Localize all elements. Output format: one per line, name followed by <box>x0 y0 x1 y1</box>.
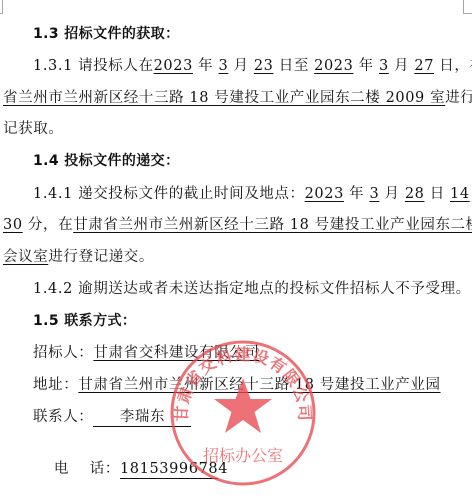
text: 日 <box>430 186 445 202</box>
deadline-minute: 30 <box>3 217 23 233</box>
phone-value: 18153996784 <box>120 459 218 479</box>
text: 1.3.1 请投标人在 <box>33 58 154 74</box>
crop-mark-top-left-v <box>2 0 3 14</box>
text: 月 <box>234 58 249 74</box>
section-1-3-heading: 1.3 招标文件的获取： <box>33 24 179 44</box>
deadline-day: 28 <box>405 186 425 202</box>
section-1-4-heading: 1.4 投标文件的递交： <box>33 151 179 171</box>
crop-mark-top-right-h <box>463 13 472 14</box>
start-month: 3 <box>218 58 228 74</box>
section-1-5-heading: 1.5 联系方式： <box>33 311 136 331</box>
text: 月 <box>394 58 409 74</box>
text: 日，在 <box>439 58 472 74</box>
end-month: 3 <box>379 58 389 74</box>
para-1-4-1-line-3: 会议室进行登记递交。 <box>3 247 154 267</box>
para-1-4-2: 1.4.2 逾期送达或者未送达指定地点的投标文件招标人不予受理。 <box>33 279 471 299</box>
start-day: 23 <box>254 58 274 74</box>
contact-value: 李瑞东 <box>93 407 191 427</box>
text: 日至 <box>279 58 309 74</box>
crop-mark-top-right-v <box>463 0 464 14</box>
para-1-3-1-line-2: 省兰州市兰州新区经十三路 18 号建投工业产业园东二楼 2009 室进行登 <box>3 88 472 108</box>
para-1-4-1-line-2: 30 分，在甘肃省兰州市兰州新区经十三路 18 号建投工业产业园东二楼 <box>3 215 472 235</box>
text: 分，在 <box>28 217 73 233</box>
text: 月 <box>385 186 400 202</box>
address-value: 甘肃省兰州市兰州新区经十三路 18 号建投工业产业园 <box>78 377 440 393</box>
contact-label: 联系人： <box>33 409 93 425</box>
deadline-year: 2023 <box>305 186 344 202</box>
location-part-2: 省兰州市兰州新区经十三路 18 号建投工业产业园东二楼 2009 室 <box>3 90 445 106</box>
text: 进行登记递交。 <box>48 249 154 265</box>
start-year: 2023 <box>154 58 193 74</box>
address-row: 地址：甘肃省兰州市兰州新区经十三路 18 号建投工业产业园 <box>33 375 441 395</box>
end-day: 27 <box>414 58 434 74</box>
text: 年 <box>359 58 374 74</box>
deadline-hour: 14 <box>450 186 470 202</box>
tenderer-label: 招标人： <box>33 345 93 361</box>
tenderer-value: 甘肃省交科建设有限公司 <box>93 345 259 361</box>
text: 年 <box>198 58 213 74</box>
end-year: 2023 <box>314 58 353 74</box>
submission-location-1: 甘肃省兰州市兰州新区经十三路 18 号建投工业产业园东二楼 <box>73 217 472 233</box>
para-1-4-1-line-1: 1.4.1 递交投标文件的截止时间及地点：2023 年 3 月 28 日 14 … <box>33 184 472 204</box>
deadline-month: 3 <box>369 186 379 202</box>
tenderer-row: 招标人：甘肃省交科建设有限公司 <box>33 343 260 363</box>
crop-mark-top-left-h <box>0 13 3 14</box>
contact-row: 联系人：李瑞东 <box>33 407 191 427</box>
text: 年 <box>349 186 364 202</box>
submission-location-2: 会议室 <box>3 249 48 265</box>
text: 1.4.1 递交投标文件的截止时间及地点： <box>33 186 305 202</box>
phone-label: 电 话： <box>54 461 120 477</box>
para-1-3-1-line-1: 1.3.1 请投标人在2023 年 3 月 23 日至 2023 年 3 月 2… <box>33 56 472 76</box>
text: 进行登 <box>445 90 472 106</box>
phone-row: 电 话：18153996784 <box>33 439 218 498</box>
para-1-3-1-line-3: 记获取。 <box>3 119 63 139</box>
address-label: 地址： <box>33 377 78 393</box>
